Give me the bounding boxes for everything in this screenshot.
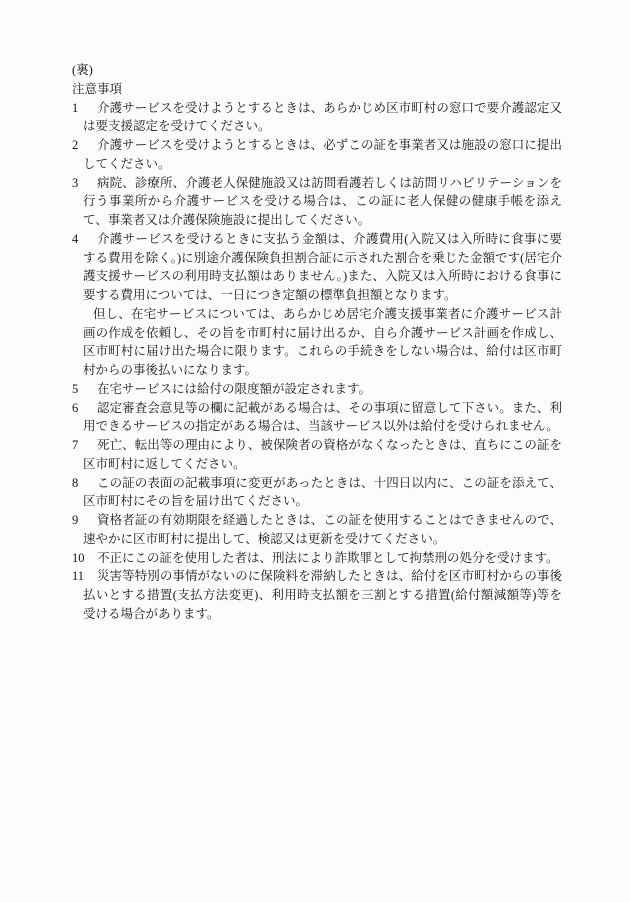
notes-heading: 注意事項 bbox=[72, 80, 562, 99]
note-item-number: 11 bbox=[72, 567, 84, 586]
note-paragraph: この証の表面の記載事項に変更があったときは、十四日以内に、この証を添えて、区市町… bbox=[83, 474, 562, 512]
note-item-number: 10 bbox=[72, 549, 85, 568]
note-item: 1介護サービスを受けようとするときは、あらかじめ区市町村の窓口で要介護認定又は要… bbox=[72, 99, 562, 137]
note-item: 6認定審査会意見等の欄に記載がある場合は、その事項に留意して下さい。また、利用で… bbox=[72, 399, 562, 437]
note-item: 10不正にこの証を使用した者は、刑法により詐欺罪として拘禁刑の処分を受けます。 bbox=[72, 549, 562, 568]
note-paragraph: 死亡、転出等の理由により、被保険者の資格がなくなったときは、直ちにこの証を区市町… bbox=[83, 436, 562, 474]
note-item-number: 3 bbox=[72, 174, 78, 193]
note-item: 5在宅サービスには給付の限度額が設定されます。 bbox=[72, 380, 562, 399]
note-item: 7死亡、転出等の理由により、被保険者の資格がなくなったときは、直ちにこの証を区市… bbox=[72, 436, 562, 474]
note-item: 4介護サービスを受けるときに支払う金額は、介護費用(入院又は入所時に食事に要する… bbox=[72, 230, 562, 380]
note-item: 8この証の表面の記載事項に変更があったときは、十四日以内に、この証を添えて、区市… bbox=[72, 474, 562, 512]
note-paragraph: 介護サービスを受けるときに支払う金額は、介護費用(入院又は入所時に食事に要する費… bbox=[83, 230, 562, 305]
note-item-number: 5 bbox=[72, 380, 78, 399]
note-paragraph: 不正にこの証を使用した者は、刑法により詐欺罪として拘禁刑の処分を受けます。 bbox=[83, 549, 562, 568]
note-paragraph: 病院、診療所、介護老人保健施設又は訪問看護若しくは訪問リハビリテーションを行う事… bbox=[83, 174, 562, 230]
side-label: (裏) bbox=[72, 61, 562, 80]
note-item-number: 7 bbox=[72, 436, 78, 455]
note-item-number: 4 bbox=[72, 230, 78, 249]
document-page: (裏) 注意事項 1介護サービスを受けようとするときは、あらかじめ区市町村の窓口… bbox=[0, 0, 630, 903]
note-item: 2介護サービスを受けようとするときは、必ずこの証を事業者又は施設の窓口に提出して… bbox=[72, 136, 562, 174]
note-paragraph: 認定審査会意見等の欄に記載がある場合は、その事項に留意して下さい。また、利用でき… bbox=[83, 399, 562, 437]
note-paragraph: 災害等特別の事情がないのに保険料を滞納したときは、給付を区市町村からの事後払いと… bbox=[83, 567, 562, 623]
note-item-number: 9 bbox=[72, 511, 78, 530]
note-item-number: 8 bbox=[72, 474, 78, 493]
note-paragraph: 資格者証の有効期限を経過したときは、この証を使用することはできませんので、速やか… bbox=[83, 511, 562, 549]
note-item-number: 1 bbox=[72, 99, 78, 118]
note-item-number: 2 bbox=[72, 136, 78, 155]
note-paragraph: 介護サービスを受けようとするときは、あらかじめ区市町村の窓口で要介護認定又は要支… bbox=[83, 99, 562, 137]
notes-list: 1介護サービスを受けようとするときは、あらかじめ区市町村の窓口で要介護認定又は要… bbox=[72, 99, 562, 624]
note-paragraph: 在宅サービスには給付の限度額が設定されます。 bbox=[83, 380, 562, 399]
note-item: 11災害等特別の事情がないのに保険料を滞納したときは、給付を区市町村からの事後払… bbox=[72, 567, 562, 623]
note-item: 9資格者証の有効期限を経過したときは、この証を使用することはできませんので、速や… bbox=[72, 511, 562, 549]
note-paragraph: 但し、在宅サービスについては、あらかじめ居宅介護支援事業者に介護サービス計画の作… bbox=[83, 305, 562, 380]
note-item-number: 6 bbox=[72, 399, 78, 418]
note-item: 3病院、診療所、介護老人保健施設又は訪問看護若しくは訪問リハビリテーションを行う… bbox=[72, 174, 562, 230]
note-paragraph: 介護サービスを受けようとするときは、必ずこの証を事業者又は施設の窓口に提出してく… bbox=[83, 136, 562, 174]
